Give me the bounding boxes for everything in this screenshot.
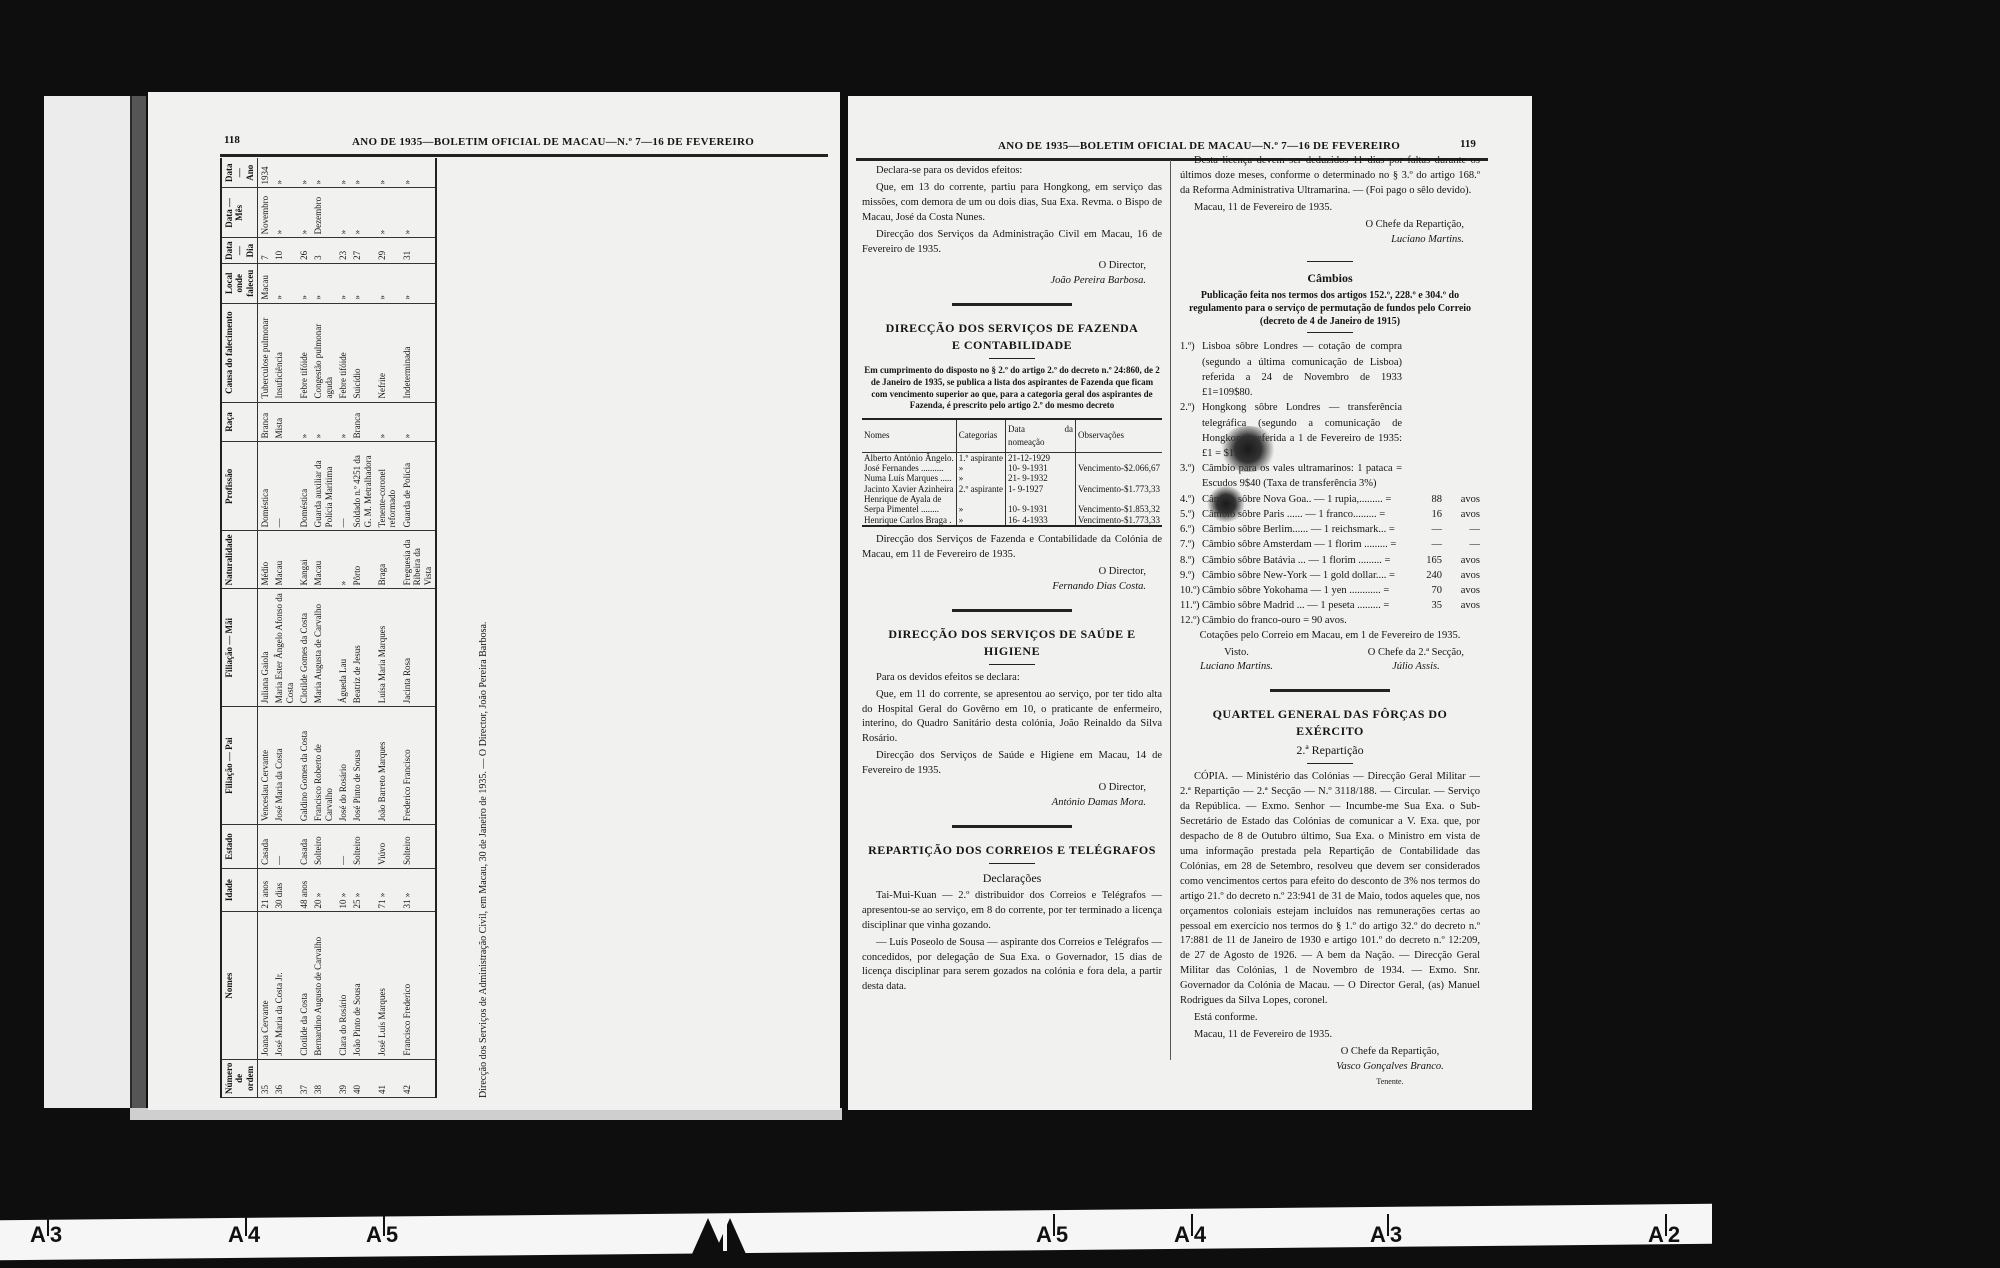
exchange-n: 7.º)	[1180, 537, 1202, 552]
table-cell: Águeda Lau	[336, 589, 350, 707]
table-cell: —	[336, 442, 350, 531]
table-cell: »	[375, 188, 400, 238]
table-row: 37Clotilde da Costa48 anosCasadaGaldino …	[297, 158, 311, 1098]
table-cell: Alberto António Ângelo.	[862, 452, 956, 463]
quartel-body: CÓPIA. — Ministério das Colónias — Direc…	[1180, 770, 1480, 1009]
fazenda-intro: Em cumprimento do disposto no § 2.º do a…	[862, 365, 1162, 412]
table-cell: »	[400, 158, 436, 188]
section-title-fazenda: DIRECÇÃO DOS SERVIÇOS DE FAZENDAE CONTAB…	[862, 320, 1162, 354]
section-title-cambios: Câmbios	[1180, 270, 1480, 287]
table-cell: »	[297, 263, 311, 303]
table-cell: 7	[258, 238, 273, 264]
table-cell: »	[272, 188, 297, 238]
col-header: Data — Dia	[221, 238, 258, 264]
section-subtitle: 2.ª Repartição	[1180, 742, 1480, 759]
table-cell: Vencimento-$2.066,67	[1076, 463, 1162, 473]
table-cell: Henrique de Ayala de	[862, 494, 956, 504]
exchange-n: 6.º)	[1180, 522, 1202, 537]
exchange-value: 35	[1402, 598, 1442, 613]
table-cell	[956, 494, 1005, 504]
table-cell: »	[350, 263, 375, 303]
table-cell: Juliana Gaiola	[258, 589, 273, 707]
section-rule	[952, 609, 1072, 612]
exchange-rate-item: 9.º)Câmbio sôbre New-York — 1 gold dolla…	[1180, 568, 1480, 583]
exchange-unit: avos	[1442, 492, 1480, 507]
table-cell: Venceslau Cervante	[258, 707, 273, 825]
table-cell: Vencimento-$1.773,33	[1076, 484, 1162, 494]
exchange-rate-item: 7.º)Câmbio sôbre Amsterdam — 1 florim ..…	[1180, 537, 1480, 552]
table-cell	[1076, 473, 1162, 483]
table-cell: »	[375, 263, 400, 303]
table-cell: 26	[297, 238, 311, 264]
table-cell: João Barreto Marques	[375, 707, 400, 825]
saude-closing: Direcção dos Serviços de Saúde e Higiene…	[862, 749, 1162, 779]
table-cell: Vencimento-$1.773,33	[1076, 515, 1162, 526]
table-row: 38Bernardino Augusto de Carvalho20 »Solt…	[311, 158, 336, 1098]
table-cell: 21 anos	[258, 868, 273, 912]
table-row: Jacinto Xavier Azinheira2.º aspirante1- …	[862, 484, 1162, 494]
deaths-register-table: Número de ordem Nomes Idade Estado Filia…	[220, 158, 437, 1098]
header-rule	[220, 154, 828, 157]
table-cell: Viúvo	[375, 825, 400, 869]
table-cell: »	[311, 263, 336, 303]
table-cell: »	[272, 263, 297, 303]
table-cell	[1006, 494, 1076, 504]
table-cell: »	[956, 504, 1005, 514]
ruler-mark: A5	[366, 1222, 398, 1248]
table-cell: »	[336, 263, 350, 303]
table-cell: Francisco Frederico	[400, 912, 436, 1059]
table-cell: Braga	[375, 531, 400, 589]
table-cell: Mista	[272, 402, 297, 442]
table-cell: 31 »	[400, 868, 436, 912]
obituary-table-rotated: Número de ordem Nomes Idade Estado Filia…	[220, 158, 470, 1098]
table-cell: Guarda auxiliar da Polícia Marítima	[311, 442, 336, 531]
exchange-n: 1.º)	[1180, 339, 1202, 400]
table-cell: Congestão pulmonar aguda	[311, 303, 336, 402]
table-cell: »	[956, 473, 1005, 483]
signature: O Chefe da Repartição,Luciano Martins.	[1180, 218, 1480, 248]
table-cell: 29	[375, 238, 400, 264]
exchange-rate-item: 12.º)Câmbio do franco-ouro = 90 avos.	[1180, 613, 1480, 628]
table-cell: Pôrto	[350, 531, 375, 589]
exchange-unit: avos	[1442, 553, 1480, 568]
table-cell: Nefrite	[375, 303, 400, 402]
continued-text: Desta licença devem ser deduzidos 11 dia…	[1180, 154, 1480, 199]
table-cell: José Maria da Costa	[272, 707, 297, 825]
table-row: José Fernandes ..........»10- 9-1931Venc…	[862, 463, 1162, 473]
ruler-mark: A4	[228, 1222, 260, 1248]
exchange-value: 70	[1402, 583, 1442, 598]
table-cell: Macau	[258, 263, 273, 303]
table-cell	[1076, 494, 1162, 504]
table-cell: »	[297, 188, 311, 238]
table-cell: 31	[400, 238, 436, 264]
table-cell: »	[272, 158, 297, 188]
col-header: Número de ordem	[221, 1059, 258, 1097]
table-cell: Joana Cervante	[258, 912, 273, 1059]
table-cell: Francisco Roberto de Carvalho	[311, 707, 336, 825]
table-cell: 30 dias	[272, 868, 297, 912]
col-header: Observações	[1076, 419, 1162, 452]
col-header: Causa do falecimento	[221, 303, 258, 402]
table-row: 42Francisco Frederico31 »SolteiroFrederi…	[400, 158, 436, 1098]
table-row: Alberto António Ângelo.1.º aspirante21-1…	[862, 452, 1162, 463]
table-cell: 10 »	[336, 868, 350, 912]
table-cell: »	[375, 402, 400, 442]
short-rule	[1307, 763, 1353, 764]
table-cell: »	[350, 158, 375, 188]
table-cell: Soldado n.º 4251 da G. M. Metralhadora	[350, 442, 375, 531]
exchange-value: —	[1402, 522, 1442, 537]
table-cell: —	[272, 442, 297, 531]
cambios-closing: Cotações pelo Correio em Macau, em 1 de …	[1180, 629, 1480, 644]
table-row: Henrique de Ayala de	[862, 494, 1162, 504]
short-rule	[1307, 261, 1353, 262]
table-row: 39Clara do Rosário10 »—José do RosárioÁg…	[336, 158, 350, 1098]
table-cell: »	[956, 463, 1005, 473]
table-cell: Tenente-coronel reformado	[375, 442, 400, 531]
exchange-text: Câmbio sôbre Yokohama — 1 yen ..........…	[1202, 583, 1402, 598]
table-cell: Médio	[258, 531, 273, 589]
exchange-text: Câmbio sôbre New-York — 1 gold dollar...…	[1202, 568, 1402, 583]
table-cell: Doméstica	[258, 442, 273, 531]
table-row: 36José Maria da Costa Jr.30 dias—José Ma…	[272, 158, 297, 1098]
exchange-rate-item: 6.º)Câmbio sôbre Berlim...... — 1 reichs…	[1180, 522, 1480, 537]
exchange-value	[1402, 339, 1442, 400]
table-cell: 35	[258, 1059, 273, 1097]
exchange-value	[1402, 461, 1442, 491]
table-row: Numa Luís Marques .....»21- 9-1932	[862, 473, 1162, 483]
table-row: Serpa Pimentel ........»10- 9-1931Vencim…	[862, 504, 1162, 514]
table-cell: Casada	[297, 825, 311, 869]
table-cell: —	[272, 825, 297, 869]
signature: O Director,António Damas Mora.	[862, 781, 1162, 811]
quartel-date: Macau, 11 de Fevereiro de 1935.	[1180, 1028, 1480, 1043]
section-title-correios: REPARTIÇÃO DOS CORREIOS E TELÉGRAFOS	[862, 842, 1162, 859]
exchange-n: 3.º)	[1180, 461, 1202, 491]
table-cell: Tuberculose pulmonar	[258, 303, 273, 402]
exchange-value	[1402, 613, 1442, 628]
table-cell: »	[400, 402, 436, 442]
saude-intro: Para os devidos efeitos se declara:	[862, 671, 1162, 686]
notice-closing: Direcção dos Serviços da Administração C…	[862, 228, 1162, 258]
table-cell: Guarda de Polícia	[400, 442, 436, 531]
exchange-n: 5.º)	[1180, 507, 1202, 522]
table-cell: 41	[375, 1059, 400, 1097]
table-cell: José Fernandes ..........	[862, 463, 956, 473]
ink-smudge	[1218, 426, 1278, 472]
table-cell: Indeterminada	[400, 303, 436, 402]
fazenda-closing: Direcção dos Serviços de Fazenda e Conta…	[862, 533, 1162, 563]
table-cell: 10- 9-1931	[1006, 504, 1076, 514]
film-notch-gap	[723, 1215, 727, 1251]
table-cell: Macau	[311, 531, 336, 589]
column-1: Declara-se para os devidos efeitos: Que,…	[862, 164, 1162, 997]
table-cell: »	[311, 158, 336, 188]
page-header: ANO DE 1935—BOLETIM OFICIAL DE MACAU—N.º…	[998, 140, 1400, 152]
table-cell: Jacinta Rosa	[400, 589, 436, 707]
col-header: Filiação — Pai	[221, 707, 258, 825]
table-cell: Beatriz de Jesus	[350, 589, 375, 707]
quartel-conforme: Está conforme.	[1180, 1011, 1480, 1026]
table-cell: Bernardino Augusto de Carvalho	[311, 912, 336, 1059]
table-cell: »	[297, 402, 311, 442]
table-cell: 1.º aspirante	[956, 452, 1005, 463]
table-cell: Solteiro	[400, 825, 436, 869]
table-cell: Novembro	[258, 188, 273, 238]
table-cell: Luísa Maria Marques	[375, 589, 400, 707]
page-118: 118 ANO DE 1935—BOLETIM OFICIAL DE MACAU…	[148, 92, 840, 1110]
exchange-value: 165	[1402, 553, 1442, 568]
ruler-mark: A3	[1370, 1222, 1402, 1248]
table-cell: 21- 9-1932	[1006, 473, 1076, 483]
exchange-text: Câmbio do franco-ouro = 90 avos.	[1202, 613, 1402, 628]
table-cell: 1934	[258, 158, 273, 188]
exchange-unit	[1442, 461, 1480, 491]
page-header: ANO DE 1935—BOLETIM OFICIAL DE MACAU—N.º…	[352, 136, 754, 148]
exchange-unit	[1442, 400, 1480, 461]
ruler-mark: A5	[1036, 1222, 1068, 1248]
exchange-unit: —	[1442, 537, 1480, 552]
cambios-intro: Publicação feita nos termos dos artigos …	[1180, 289, 1480, 328]
column-divider	[1170, 160, 1171, 1060]
notice-intro: Declara-se para os devidos efeitos:	[862, 164, 1162, 179]
page-number: 119	[1460, 138, 1476, 150]
table-cell: »	[336, 188, 350, 238]
exchange-unit: avos	[1442, 583, 1480, 598]
table-cell: 3	[311, 238, 336, 264]
table-cell: Maria Augusta de Carvalho	[311, 589, 336, 707]
signature: O Chefe da Repartição,Vasco Gonçalves Br…	[1180, 1045, 1480, 1090]
table-cell: Clara do Rosário	[336, 912, 350, 1059]
column-2: Desta licença devem ser deduzidos 11 dia…	[1180, 154, 1480, 1091]
table-cell: Febre tifóide	[336, 303, 350, 402]
exchange-unit: avos	[1442, 568, 1480, 583]
table-cell: João Pinto de Sousa	[350, 912, 375, 1059]
exchange-value: 88	[1402, 492, 1442, 507]
exchange-unit: avos	[1442, 598, 1480, 613]
table-cell: 27	[350, 238, 375, 264]
table-cell: —	[336, 825, 350, 869]
table-cell: Suicídio	[350, 303, 375, 402]
exchange-n: 10.º)	[1180, 583, 1202, 598]
exchange-rates-list: 1.º)Lisboa sôbre Londres — cotação de co…	[1180, 339, 1480, 628]
table-cell: Febre tifóide	[297, 303, 311, 402]
table-cell: 21-12-1929	[1006, 452, 1076, 463]
table-cell: 38	[311, 1059, 336, 1097]
exchange-n: 4.º)	[1180, 492, 1202, 507]
exchange-rate-item: 11.º)Câmbio sôbre Madrid ... — 1 peseta …	[1180, 598, 1480, 613]
table-cell: José Maria da Costa Jr.	[272, 912, 297, 1059]
table-cell: »	[311, 402, 336, 442]
table-cell: Henrique Carlos Braga .	[862, 515, 956, 526]
cambios-signatures: Visto.Luciano Martins. O Chefe da 2.ª Se…	[1180, 646, 1480, 676]
table-row: 41José Luís Marques71 »ViúvoJoão Barreto…	[375, 158, 400, 1098]
saude-body: Que, em 11 do corrente, se apresentou ao…	[862, 688, 1162, 748]
signature: O Director,João Pereira Barbosa.	[862, 259, 1162, 289]
table-cell: »	[375, 158, 400, 188]
table-cell: »	[400, 263, 436, 303]
table-footer-signature: Direcção dos Serviços de Administração C…	[478, 622, 489, 1098]
exchange-rate-item: 10.º)Câmbio sôbre Yokohama — 1 yen .....…	[1180, 583, 1480, 598]
exchange-n: 12.º)	[1180, 613, 1202, 628]
correios-p2: — Luís Poseolo de Sousa — aspirante dos …	[862, 936, 1162, 996]
short-rule	[989, 358, 1035, 359]
exchange-text: Câmbio sôbre Batávia ... — 1 florim ....…	[1202, 553, 1402, 568]
table-cell: José Luís Marques	[375, 912, 400, 1059]
short-rule	[989, 863, 1035, 864]
exchange-value: 240	[1402, 568, 1442, 583]
table-cell: 20 »	[311, 868, 336, 912]
exchange-n: 11.º)	[1180, 598, 1202, 613]
table-cell: Maria Ester Ângelo Afonso da Costa	[272, 589, 297, 707]
col-header: Data — Ano	[221, 158, 258, 188]
table-cell: »	[297, 158, 311, 188]
table-cell: Solteiro	[350, 825, 375, 869]
exchange-n: 8.º)	[1180, 553, 1202, 568]
section-title-saude: DIRECÇÃO DOS SERVIÇOS DE SAÚDE E HIGIENE	[862, 626, 1162, 660]
exchange-text: Câmbio sôbre Madrid ... — 1 peseta .....…	[1202, 598, 1402, 613]
short-rule	[1307, 332, 1353, 333]
short-rule	[989, 664, 1035, 665]
signature: O Director,Fernando Dias Costa.	[862, 565, 1162, 595]
ruler-mark: A2	[1648, 1222, 1680, 1248]
table-cell: 1- 9-1927	[1006, 484, 1076, 494]
table-cell: Serpa Pimentel ........	[862, 504, 956, 514]
col-header: Nomes	[221, 912, 258, 1059]
table-cell: »	[336, 402, 350, 442]
table-cell: Jacinto Xavier Azinheira	[862, 484, 956, 494]
col-header: Idade	[221, 868, 258, 912]
correios-p1: Tai-Mui-Kuan — 2.º distribuidor dos Corr…	[862, 889, 1162, 934]
col-header: Data da nomeação	[1006, 419, 1076, 452]
exchange-n: 2.º)	[1180, 400, 1202, 461]
table-cell: Freguesia da Ribeira da Vista	[400, 531, 436, 589]
table-cell: Kangai	[297, 531, 311, 589]
film-notch	[714, 1218, 746, 1254]
table-cell: 48 anos	[297, 868, 311, 912]
table-cell: Numa Luís Marques .....	[862, 473, 956, 483]
exchange-text: Câmbio sôbre Amsterdam — 1 florim ......…	[1202, 537, 1402, 552]
exchange-value	[1402, 400, 1442, 461]
section-rule	[952, 825, 1072, 828]
table-cell: 25 »	[350, 868, 375, 912]
col-header: Local onde faleceu	[221, 263, 258, 303]
col-header: Raça	[221, 402, 258, 442]
exchange-n: 9.º)	[1180, 568, 1202, 583]
table-row: 35Joana Cervante21 anosCasadaVenceslau C…	[258, 158, 273, 1098]
exchange-unit	[1442, 613, 1480, 628]
aspirants-table: NomesCategoriasData da nomeaçãoObservaçõ…	[862, 418, 1162, 527]
table-cell: 10- 9-1931	[1006, 463, 1076, 473]
col-header: Naturalidade	[221, 531, 258, 589]
exchange-value: —	[1402, 537, 1442, 552]
table-cell: 36	[272, 1059, 297, 1097]
table-cell: Branca	[258, 402, 273, 442]
table-cell: 37	[297, 1059, 311, 1097]
table-row: Henrique Carlos Braga .»16- 4-1933Vencim…	[862, 515, 1162, 526]
col-header: Nomes	[862, 419, 956, 452]
table-cell: 23	[336, 238, 350, 264]
section-rule	[952, 303, 1072, 306]
exchange-text: Lisboa sôbre Londres — cotação de compra…	[1202, 339, 1402, 400]
table-cell: »	[350, 188, 375, 238]
exchange-text: Câmbio sôbre Berlim...... — 1 reichsmark…	[1202, 522, 1402, 537]
table-row: 40João Pinto de Sousa25 »SolteiroJosé Pi…	[350, 158, 375, 1098]
table-cell: Macau	[272, 531, 297, 589]
page-119: ANO DE 1935—BOLETIM OFICIAL DE MACAU—N.º…	[848, 96, 1532, 1110]
table-cell: Clotilde da Costa	[297, 912, 311, 1059]
table-cell: 39	[336, 1059, 350, 1097]
section-rule	[1270, 689, 1390, 692]
table-cell: 16- 4-1933	[1006, 515, 1076, 526]
table-cell: Vencimento-$1.853,32	[1076, 504, 1162, 514]
exchange-rate-item: 1.º)Lisboa sôbre Londres — cotação de co…	[1180, 339, 1480, 400]
exchange-unit	[1442, 339, 1480, 400]
col-header: Profissão	[221, 442, 258, 531]
table-cell: Galdino Gomes da Costa	[297, 707, 311, 825]
table-cell: Casada	[258, 825, 273, 869]
table-cell: 40	[350, 1059, 375, 1097]
table-cell: Branca	[350, 402, 375, 442]
table-cell: »	[336, 158, 350, 188]
section-title-quartel: QUARTEL GENERAL DAS FÔRÇAS DO EXÉRCITO	[1180, 706, 1480, 740]
table-cell: Clotilde Gomes da Costa	[297, 589, 311, 707]
table-cell: 10	[272, 238, 297, 264]
date-line: Macau, 11 de Fevereiro de 1935.	[1180, 201, 1480, 216]
col-header: Data — Mês	[221, 188, 258, 238]
table-cell	[1076, 452, 1162, 463]
table-cell: José do Rosário	[336, 707, 350, 825]
table-cell: Frederico Francisco	[400, 707, 436, 825]
table-cell: Doméstica	[297, 442, 311, 531]
page-number: 118	[224, 134, 240, 146]
exchange-rate-item: 8.º)Câmbio sôbre Batávia ... — 1 florim …	[1180, 553, 1480, 568]
table-cell: Insuficiência	[272, 303, 297, 402]
table-cell: 42	[400, 1059, 436, 1097]
binding-gutter	[132, 96, 146, 1110]
previous-page-edge	[44, 96, 132, 1108]
exchange-value: 16	[1402, 507, 1442, 522]
ruler-mark: A4	[1174, 1222, 1206, 1248]
ink-smudge	[1206, 486, 1246, 522]
ruler-mark: A3	[30, 1222, 62, 1248]
table-cell: 71 »	[375, 868, 400, 912]
table-cell: »	[956, 515, 1005, 526]
table-cell: »	[336, 531, 350, 589]
exchange-unit: —	[1442, 522, 1480, 537]
notice-body: Que, em 13 do corrente, partiu para Hong…	[862, 181, 1162, 226]
col-header: Filiação — Mãi	[221, 589, 258, 707]
table-cell: »	[400, 188, 436, 238]
col-header: Categorias	[956, 419, 1005, 452]
table-cell: Solteiro	[311, 825, 336, 869]
col-header: Estado	[221, 825, 258, 869]
table-cell: José Pinto de Sousa	[350, 707, 375, 825]
table-cell: 2.º aspirante	[956, 484, 1005, 494]
exchange-unit: avos	[1442, 507, 1480, 522]
section-subtitle: Declarações	[862, 870, 1162, 887]
table-cell: Dezembro	[311, 188, 336, 238]
